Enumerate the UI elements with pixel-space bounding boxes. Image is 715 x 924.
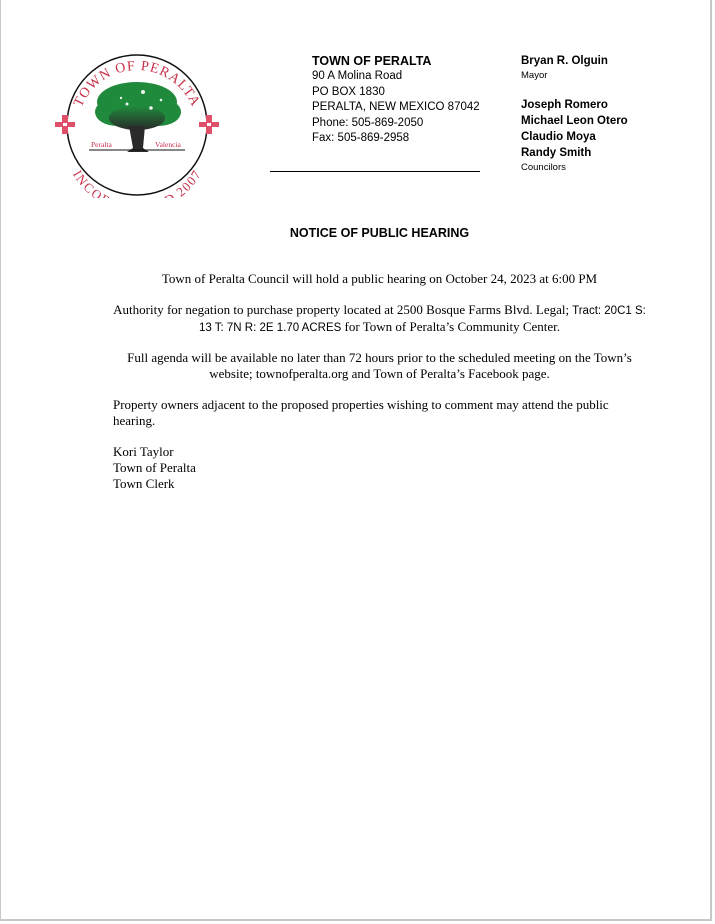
notice-title: NOTICE OF PUBLIC HEARING — [1, 226, 715, 240]
town-seal-logo: TOWN OF PERALTA INCORPORATED 2007 Peralt… — [51, 52, 223, 198]
document-page: TOWN OF PERALTA INCORPORATED 2007 Peralt… — [0, 0, 712, 921]
signer-name: Kori Taylor — [113, 444, 413, 460]
councilor-name: Michael Leon Otero — [521, 113, 628, 129]
agenda-paragraph: Full agenda will be available no later t… — [111, 350, 648, 382]
svg-text:Peralta: Peralta — [91, 140, 112, 149]
tree-seal-icon: TOWN OF PERALTA INCORPORATED 2007 Peralt… — [51, 52, 223, 198]
property-paragraph: Authority for negation to purchase prope… — [111, 302, 648, 336]
councilor-name: Randy Smith — [521, 145, 628, 161]
mayor-title: Mayor — [521, 69, 628, 83]
city-state-zip: PERALTA, NEW MEXICO 87042 — [312, 100, 480, 116]
property-text: Authority for negation to purchase prope… — [113, 302, 569, 317]
address-line2: PO BOX 1830 — [312, 85, 480, 101]
councilor-name: Joseph Romero — [521, 97, 628, 113]
fax-number: Fax: 505-869-2958 — [312, 131, 480, 147]
svg-text:Valencia: Valencia — [155, 140, 181, 149]
signature-block: Kori Taylor Town of Peralta Town Clerk — [113, 444, 413, 492]
signer-organization: Town of Peralta — [113, 460, 413, 476]
comment-paragraph: Property owners adjacent to the proposed… — [113, 397, 643, 429]
letterhead-address: TOWN OF PERALTA 90 A Molina Road PO BOX … — [312, 53, 480, 147]
councilor-name: Claudio Moya — [521, 129, 628, 145]
phone-number: Phone: 505-869-2050 — [312, 116, 480, 132]
organization-name: TOWN OF PERALTA — [312, 53, 480, 69]
officials-list: Bryan R. Olguin Mayor Joseph Romero Mich… — [521, 53, 628, 175]
mayor-name: Bryan R. Olguin — [521, 53, 628, 69]
header-divider — [270, 171, 480, 172]
hearing-date-paragraph: Town of Peralta Council will hold a publ… — [111, 271, 648, 287]
signer-title: Town Clerk — [113, 476, 413, 492]
property-purpose: for Town of Peralta’s Community Center. — [341, 319, 560, 334]
address-line1: 90 A Molina Road — [312, 69, 480, 85]
councilors-title: Councilors — [521, 161, 628, 175]
